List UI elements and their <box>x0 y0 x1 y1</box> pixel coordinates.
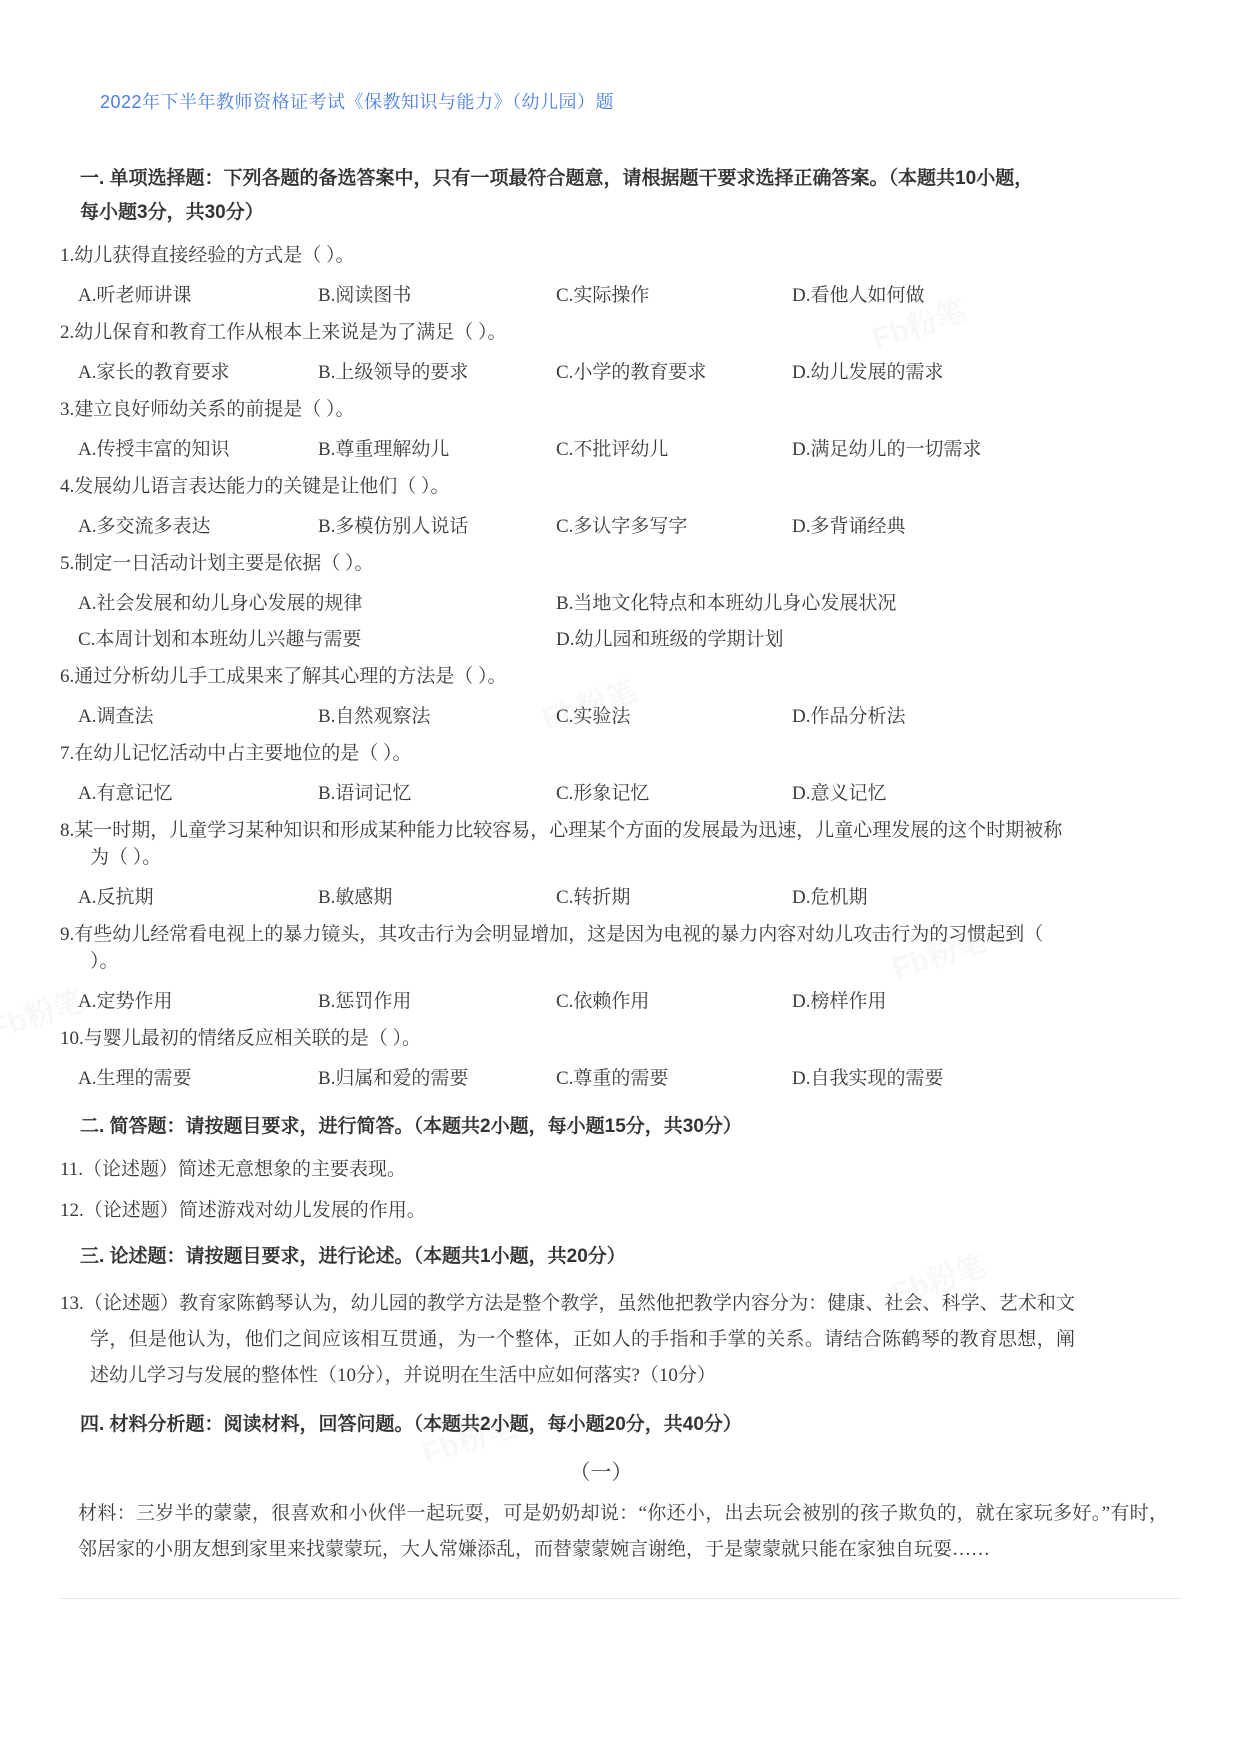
question-6: 6.通过分析幼儿手工成果来了解其心理的方法是（ ）。 A.调查法 B.自然观察法… <box>60 663 1182 730</box>
options-row: A.听老师讲课 B.阅读图书 C.实际操作 D.看他人如何做 <box>60 282 1182 309</box>
option-a: A.调查法 <box>78 703 318 730</box>
section-heading-material: 四. 材料分析题：阅读材料，回答问题。（本题共2小题，每小题20分，共40分） <box>80 1408 1182 1442</box>
question-number: 8. <box>60 820 74 841</box>
option-a: A.听老师讲课 <box>78 282 318 309</box>
question-text: 8.某一时期，儿童学习某种知识和形成某种能力比较容易，心理某个方面的发展最为迅速… <box>60 817 1070 871</box>
option-d: D.看他人如何做 <box>792 282 1182 309</box>
option-b: B.当地文化特点和本班幼儿身心发展状况 <box>556 590 1182 617</box>
question-number: 9. <box>60 924 74 945</box>
material-paragraph: 材料：三岁半的蒙蒙，很喜欢和小伙伴一起玩耍，可是奶奶却说：“你还小，出去玩会被别… <box>78 1496 1168 1568</box>
option-a: A.社会发展和幼儿身心发展的规律 <box>78 590 556 617</box>
question-text: 4.发展幼儿语言表达能力的关键是让他们（ ）。 <box>60 473 1070 500</box>
question-number: 2. <box>60 322 74 343</box>
question-text: 7.在幼儿记忆活动中占主要地位的是（ ）。 <box>60 740 1070 767</box>
options-row: A.传授丰富的知识 B.尊重理解幼儿 C.不批评幼儿 D.满足幼儿的一切需求 <box>60 436 1182 463</box>
option-c: C.转折期 <box>556 884 792 911</box>
question-number: 12. <box>60 1200 84 1221</box>
exam-page: 2022年下半年教师资格证考试《保教知识与能力》（幼儿园）题 一. 单项选择题：… <box>0 0 1240 1599</box>
question-text: 5.制定一日活动计划主要是依据（ ）。 <box>60 550 1070 577</box>
option-a: A.反抗期 <box>78 884 318 911</box>
option-d: D.意义记忆 <box>792 780 1182 807</box>
option-c: C.不批评幼儿 <box>556 436 792 463</box>
option-b: B.多模仿别人说话 <box>318 513 556 540</box>
question-1: 1.幼儿获得直接经验的方式是（ ）。 A.听老师讲课 B.阅读图书 C.实际操作… <box>60 242 1182 309</box>
options-row: A.生理的需要 B.归属和爱的需要 C.尊重的需要 D.自我实现的需要 <box>60 1065 1182 1092</box>
section-heading-mcq: 一. 单项选择题：下列各题的备选答案中，只有一项最符合题意，请根据题干要求选择正… <box>80 162 1038 230</box>
question-7: 7.在幼儿记忆活动中占主要地位的是（ ）。 A.有意记忆 B.语词记忆 C.形象… <box>60 740 1182 807</box>
doc-title: 2022年下半年教师资格证考试《保教知识与能力》（幼儿园）题 <box>100 88 1182 114</box>
option-a: A.有意记忆 <box>78 780 318 807</box>
question-4: 4.发展幼儿语言表达能力的关键是让他们（ ）。 A.多交流多表达 B.多模仿别人… <box>60 473 1182 540</box>
option-d: D.满足幼儿的一切需求 <box>792 436 1182 463</box>
option-b: B.敏感期 <box>318 884 556 911</box>
question-11: 11.（论述题）简述无意想象的主要表现。 <box>60 1156 1070 1183</box>
option-c: C.本周计划和本班幼儿兴趣与需要 <box>78 626 556 653</box>
question-12: 12.（论述题）简述游戏对幼儿发展的作用。 <box>60 1197 1070 1224</box>
question-5: 5.制定一日活动计划主要是依据（ ）。 A.社会发展和幼儿身心发展的规律 B.当… <box>60 550 1182 653</box>
option-c: C.实验法 <box>556 703 792 730</box>
question-number: 10. <box>60 1028 84 1049</box>
question-number: 1. <box>60 245 74 266</box>
question-9: 9.有些幼儿经常看电视上的暴力镜头，其攻击行为会明显增加，这是因为电视的暴力内容… <box>60 921 1182 1015</box>
option-b: B.上级领导的要求 <box>318 359 556 386</box>
option-b: B.阅读图书 <box>318 282 556 309</box>
material-label: （一） <box>60 1456 1142 1486</box>
question-number: 13. <box>60 1293 84 1314</box>
question-number: 3. <box>60 399 74 420</box>
option-a: A.生理的需要 <box>78 1065 318 1092</box>
question-text: 10.与婴儿最初的情绪反应相关联的是（ ）。 <box>60 1025 1070 1052</box>
option-d: D.幼儿发展的需求 <box>792 359 1182 386</box>
options-grid: A.社会发展和幼儿身心发展的规律 B.当地文化特点和本班幼儿身心发展状况 C.本… <box>60 590 1182 653</box>
options-row: A.定势作用 B.惩罚作用 C.依赖作用 D.榜样作用 <box>60 988 1182 1015</box>
options-row: A.反抗期 B.敏感期 C.转折期 D.危机期 <box>60 884 1182 911</box>
option-b: B.语词记忆 <box>318 780 556 807</box>
option-b: B.尊重理解幼儿 <box>318 436 556 463</box>
question-text: 1.幼儿获得直接经验的方式是（ ）。 <box>60 242 1070 269</box>
option-c: C.依赖作用 <box>556 988 792 1015</box>
question-number: 7. <box>60 743 74 764</box>
option-a: A.定势作用 <box>78 988 318 1015</box>
question-text: 6.通过分析幼儿手工成果来了解其心理的方法是（ ）。 <box>60 663 1070 690</box>
options-row: A.多交流多表达 B.多模仿别人说话 C.多认字多写字 D.多背诵经典 <box>60 513 1182 540</box>
option-c: C.小学的教育要求 <box>556 359 792 386</box>
question-number: 4. <box>60 476 74 497</box>
question-8: 8.某一时期，儿童学习某种知识和形成某种能力比较容易，心理某个方面的发展最为迅速… <box>60 817 1182 911</box>
question-3: 3.建立良好师幼关系的前提是（ ）。 A.传授丰富的知识 B.尊重理解幼儿 C.… <box>60 396 1182 463</box>
option-c: C.实际操作 <box>556 282 792 309</box>
option-a: A.多交流多表达 <box>78 513 318 540</box>
question-number: 11. <box>60 1159 83 1180</box>
option-d: D.危机期 <box>792 884 1182 911</box>
option-d: D.榜样作用 <box>792 988 1182 1015</box>
option-c: C.尊重的需要 <box>556 1065 792 1092</box>
option-b: B.惩罚作用 <box>318 988 556 1015</box>
option-d: D.多背诵经典 <box>792 513 1182 540</box>
options-row: A.有意记忆 B.语词记忆 C.形象记忆 D.意义记忆 <box>60 780 1182 807</box>
option-a: A.家长的教育要求 <box>78 359 318 386</box>
question-text: 9.有些幼儿经常看电视上的暴力镜头，其攻击行为会明显增加，这是因为电视的暴力内容… <box>60 921 1070 975</box>
option-b: B.归属和爱的需要 <box>318 1065 556 1092</box>
option-d: D.自我实现的需要 <box>792 1065 1182 1092</box>
question-10: 10.与婴儿最初的情绪反应相关联的是（ ）。 A.生理的需要 B.归属和爱的需要… <box>60 1025 1182 1092</box>
section-heading-short-answer: 二. 简答题：请按题目要求，进行简答。（本题共2小题，每小题15分，共30分） <box>80 1110 1182 1144</box>
question-text: 3.建立良好师幼关系的前提是（ ）。 <box>60 396 1070 423</box>
options-row: A.家长的教育要求 B.上级领导的要求 C.小学的教育要求 D.幼儿发展的需求 <box>60 359 1182 386</box>
option-b: B.自然观察法 <box>318 703 556 730</box>
options-row: A.调查法 B.自然观察法 C.实验法 D.作品分析法 <box>60 703 1182 730</box>
question-2: 2.幼儿保育和教育工作从根本上来说是为了满足（ ）。 A.家长的教育要求 B.上… <box>60 319 1182 386</box>
question-13: 13.（论述题）教育家陈鹤琴认为，幼儿园的教学方法是整个教学，虽然他把教学内容分… <box>60 1286 1075 1394</box>
option-d: D.作品分析法 <box>792 703 1182 730</box>
option-d: D.幼儿园和班级的学期计划 <box>556 626 1182 653</box>
section-heading-essay: 三. 论述题：请按题目要求，进行论述。（本题共1小题，共20分） <box>80 1240 1182 1274</box>
option-c: C.形象记忆 <box>556 780 792 807</box>
question-number: 5. <box>60 553 74 574</box>
option-a: A.传授丰富的知识 <box>78 436 318 463</box>
option-c: C.多认字多写字 <box>556 513 792 540</box>
page-divider <box>60 1598 1182 1599</box>
question-number: 6. <box>60 666 74 687</box>
question-text: 2.幼儿保育和教育工作从根本上来说是为了满足（ ）。 <box>60 319 1070 346</box>
